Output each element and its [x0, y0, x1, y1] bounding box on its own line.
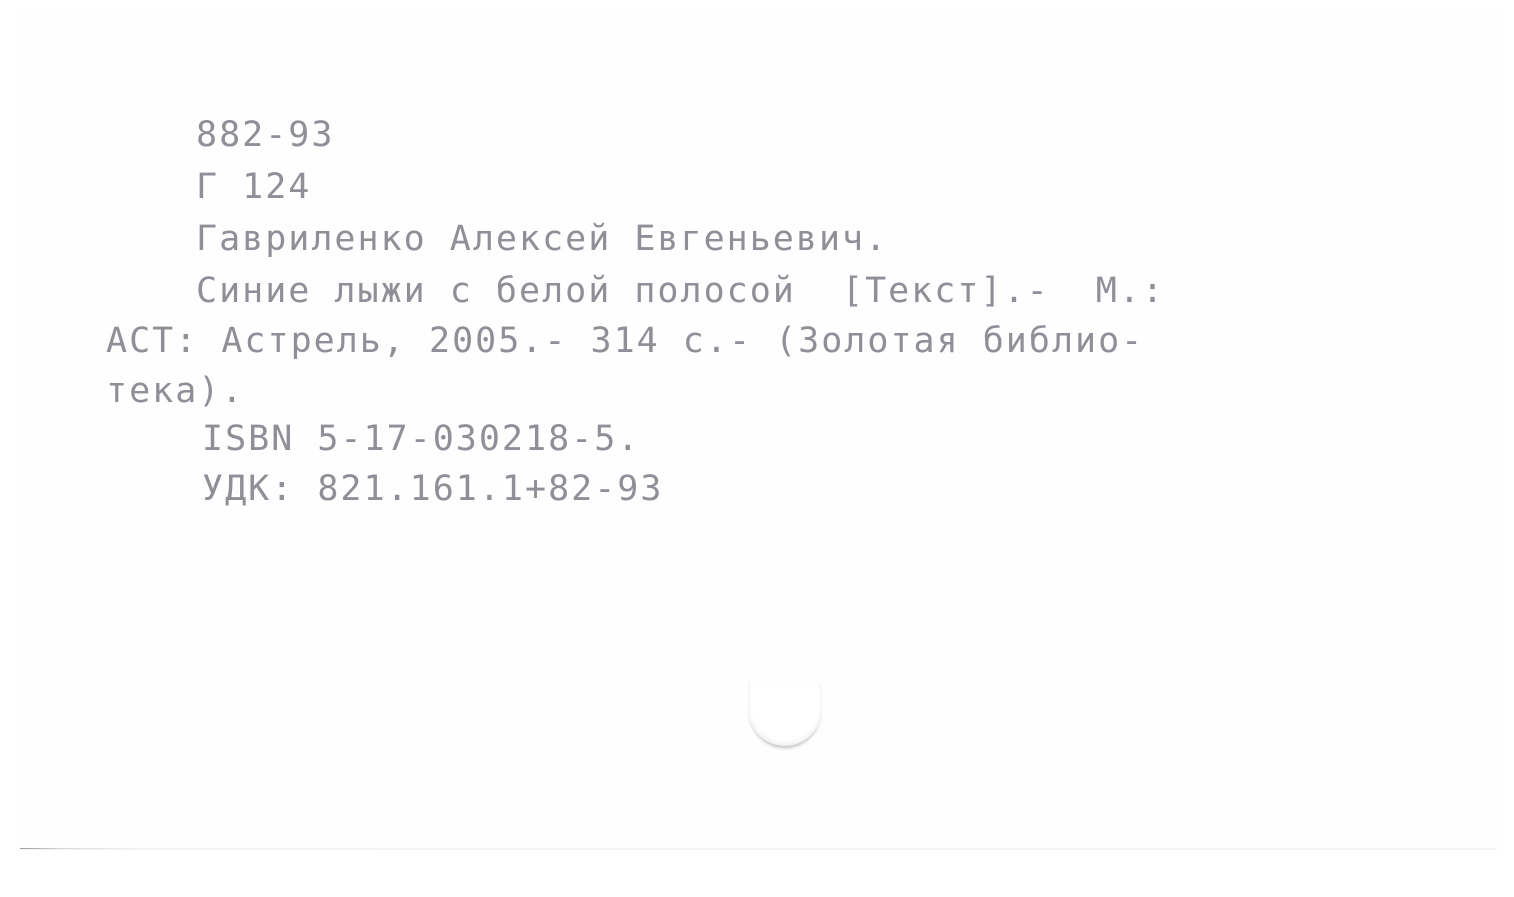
author-mark: Г 124 — [196, 162, 311, 212]
title-line-2: АСТ: Астрель, 2005.- 314 с.- (Золотая би… — [106, 316, 1144, 366]
udk: УДК: 821.161.1+82-93 — [202, 464, 663, 514]
call-number: 882-93 — [196, 110, 334, 160]
author-name: Гавриленко Алексей Евгеньевич. — [196, 214, 888, 264]
card-edge — [20, 848, 1498, 849]
title-line-1: Синие лыжи с белой полосой [Текст].- М.: — [196, 266, 1165, 316]
title-line-3: тека). — [106, 366, 244, 416]
isbn: ISBN 5-17-030218-5. — [202, 414, 640, 464]
